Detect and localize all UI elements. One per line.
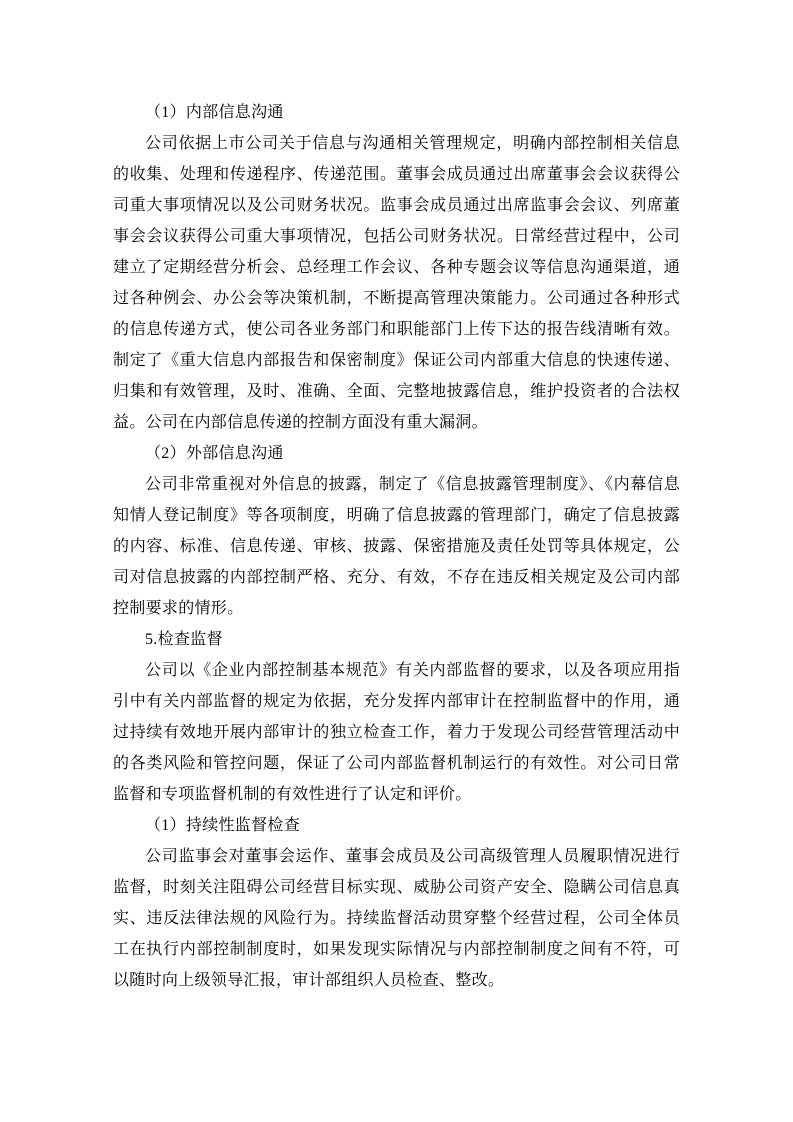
heading-inspection-supervision: 5.检查监督: [113, 624, 680, 655]
heading-continuous-supervision-check: （1）持续性监督检查: [113, 810, 680, 841]
para-inspection-supervision: 公司以《企业内部控制基本规范》有关内部监督的要求，以及各项应用指引中有关内部监督…: [113, 655, 680, 810]
para-continuous-supervision-check: 公司监事会对董事会运作、董事会成员及公司高级管理人员履职情况进行监督，时刻关注阻…: [113, 841, 680, 996]
para-external-info-communication: 公司非常重视对外信息的披露，制定了《信息披露管理制度》、《内幕信息知情人登记制度…: [113, 469, 680, 624]
para-internal-info-communication: 公司依据上市公司关于信息与沟通相关管理规定，明确内部控制相关信息的收集、处理和传…: [113, 128, 680, 438]
heading-external-info-communication: （2）外部信息沟通: [113, 438, 680, 469]
heading-internal-info-communication: （1）内部信息沟通: [113, 97, 680, 128]
document-page: （1）内部信息沟通 公司依据上市公司关于信息与沟通相关管理规定，明确内部控制相关…: [0, 0, 793, 1122]
